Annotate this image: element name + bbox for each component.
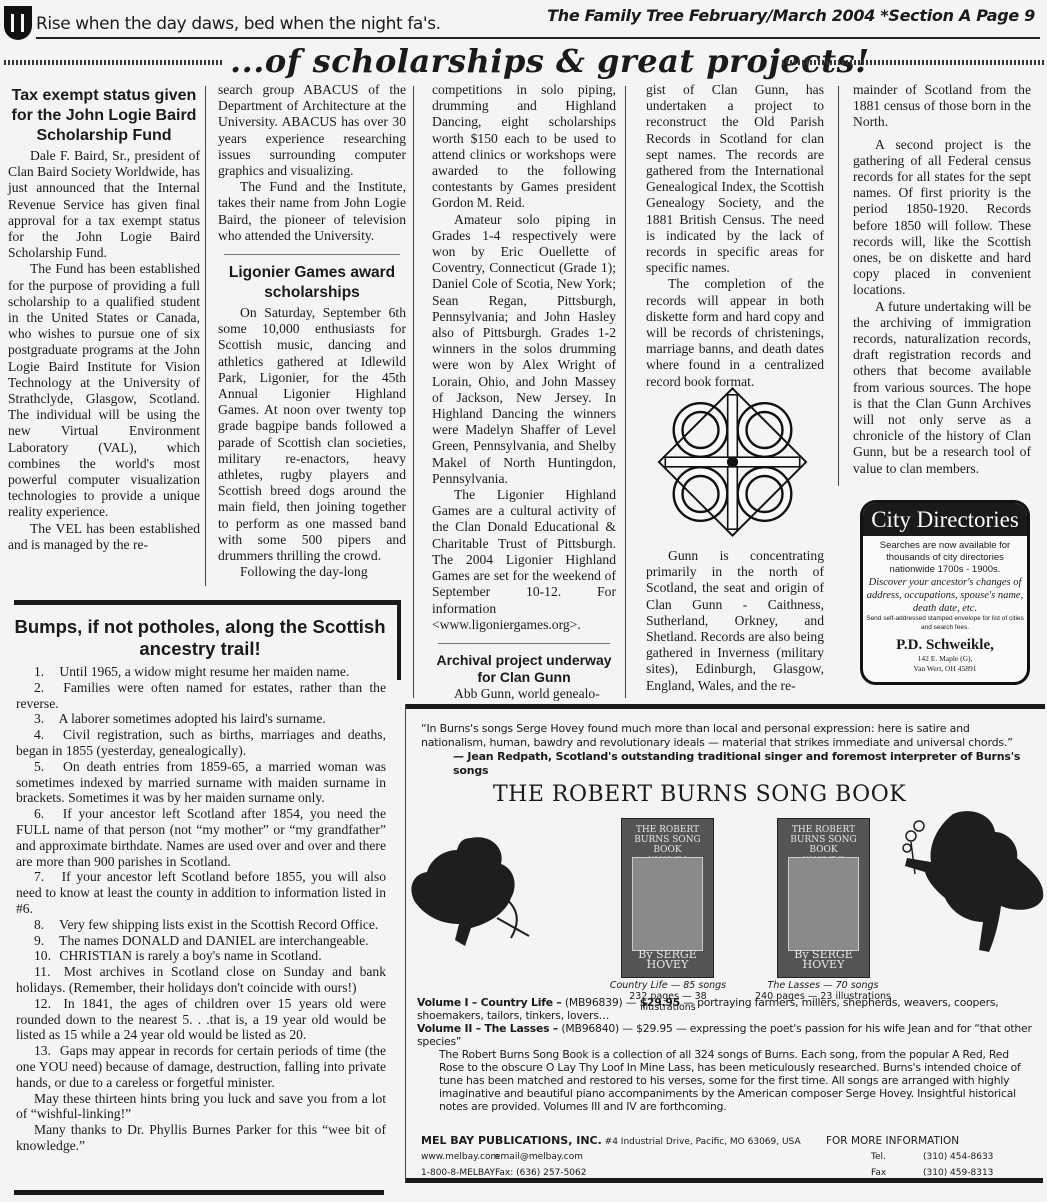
banner-title: ...of scholarships & great projects! — [230, 42, 870, 80]
paragraph: The Fund and the Institute, takes their … — [218, 179, 406, 244]
list-item: 6. If your ancestor left Scotland after … — [16, 806, 386, 869]
ad-text-small: Send self-addressed stamped envelope for… — [863, 615, 1027, 632]
ad-address: Van Wert, OH 45891 — [863, 664, 1027, 674]
volume-1-listing: Volume I – Country Life – (MB96839) — $2… — [417, 996, 1037, 1022]
ad-contact-name: P.D. Schweikle, — [863, 637, 1027, 654]
header-divider — [36, 37, 1040, 39]
tel-label: Tel. — [871, 1150, 886, 1164]
ad-text-italic: Discover your ancestor's changes of addr… — [863, 576, 1027, 615]
book-cover-volume-2: THE ROBERT BURNS SONG BOOK VOLUME II By … — [777, 818, 870, 978]
paragraph: Abb Gunn, world genealo- — [432, 686, 616, 702]
publisher-email: email@melbay.com — [495, 1150, 583, 1164]
paragraph: mainder of Scotland from the 1881 census… — [853, 82, 1031, 131]
portrait-jean-armour — [788, 857, 859, 951]
list-item: 8. Very few shipping lists exist in the … — [16, 917, 386, 933]
portrait-robert-burns — [632, 857, 703, 951]
headline-baird: Tax exempt status given for the John Log… — [8, 86, 200, 146]
paragraph: A future undertaking will be the archivi… — [853, 299, 1031, 477]
ad-book-title: THE ROBERT BURNS SONG BOOK — [493, 782, 906, 807]
paragraph: Amateur solo piping in Grades 1-4 respec… — [432, 212, 616, 487]
list-item: 4. Civil registration, such as births, m… — [16, 727, 386, 759]
paragraph: The VEL has been established and is mana… — [8, 521, 200, 553]
banner-zigzag-left — [4, 60, 224, 65]
header-motto: Rise when the day daws, bed when the nig… — [36, 14, 441, 34]
article-baird-continued: search group ABACUS of the Department of… — [218, 82, 406, 580]
list-item: 10. CHRISTIAN is rarely a boy's name in … — [16, 948, 386, 964]
ad-city-directories: City Directories Searches are now availa… — [860, 500, 1030, 685]
headline-bumps: Bumps, if not potholes, along the Scotti… — [0, 616, 400, 660]
article-bumps: Bumps, if not potholes, along the Scotti… — [0, 608, 400, 1190]
bumps-list: 1. Until 1965, a widow might resume her … — [0, 660, 400, 1154]
paragraph: search group ABACUS of the Department of… — [218, 82, 406, 179]
article-gunn-continued-3: mainder of Scotland from the 1881 census… — [853, 82, 1031, 477]
banner-zigzag-right — [782, 60, 1044, 65]
cherub-archer-icon — [401, 828, 531, 948]
publisher-name: MEL BAY PUBLICATIONS, INC. — [421, 1134, 602, 1147]
column-divider — [625, 86, 626, 698]
ad-title: City Directories — [863, 503, 1027, 536]
book-cover-volume-1: THE ROBERT BURNS SONG BOOK VOLUME I By S… — [621, 818, 714, 978]
paragraph: A second project is the gathering of all… — [853, 137, 1031, 299]
list-item: 3. A laborer sometimes adopted his laird… — [16, 711, 386, 727]
paragraph: On Saturday, September 6th some 10,000 e… — [218, 305, 406, 564]
column-divider — [413, 86, 414, 698]
box-rule-bottom — [14, 1190, 384, 1195]
ad-border-left — [405, 704, 406, 1182]
column-divider — [205, 86, 206, 586]
article-ligonier-continued: competitions in solo piping, drumming an… — [432, 82, 616, 702]
list-item: 9. The names DONALD and DANIEL are inter… — [16, 933, 386, 949]
ad-rule-bottom — [405, 1178, 1043, 1183]
header-publication: The Family Tree February/March 2004 *Sec… — [547, 6, 1035, 25]
ad-quote: “In Burns's songs Serge Hovey found much… — [421, 722, 1036, 778]
ad-address: 142 E. Maple (G), — [863, 654, 1027, 664]
article-gunn-continued-2: Gunn is concentrating primarily in the n… — [646, 548, 824, 694]
column-divider — [838, 86, 839, 486]
paragraph: competitions in solo piping, drumming an… — [432, 82, 616, 212]
section-banner: ...of scholarships & great projects! — [0, 42, 1047, 82]
ad-volume-list: Volume I – Country Life – (MB96839) — $2… — [417, 996, 1037, 1113]
article-separator — [438, 643, 610, 644]
box-rule-top — [14, 600, 399, 605]
ad-text: Searches are now available for thousands… — [863, 540, 1027, 576]
list-item: 12. In 1841, the ages of children over 1… — [16, 996, 386, 1043]
list-item: 1. Until 1965, a widow might resume her … — [16, 664, 386, 680]
volume-2-listing: Volume II – The Lasses – (MB96840) — $29… — [417, 1022, 1037, 1048]
ad-robert-burns-song-book: “In Burns's songs Serge Hovey found much… — [405, 708, 1045, 1194]
headline-ligonier: Ligonier Games award scholarships — [218, 263, 406, 303]
headline-gunn: Archival project underway for Clan Gunn — [432, 652, 616, 686]
closing-text: Many thanks to Dr. Phyllis Burnes Parker… — [16, 1122, 386, 1154]
list-item: 7. If your ancestor left Scotland before… — [16, 869, 386, 916]
paragraph: Gunn is concentrating primarily in the n… — [646, 548, 824, 694]
paragraph: The Ligonier Highland Games are a cultur… — [432, 487, 616, 633]
ad-attribution: — Jean Redpath, Scotland's outstanding t… — [421, 750, 1036, 778]
article-separator — [224, 254, 400, 255]
tel-number: (310) 454-8633 — [923, 1150, 993, 1164]
list-item: 11. Most archives in Scotland close on S… — [16, 964, 386, 996]
publisher-address: #4 Industrial Drive, Pacific, MO 63069, … — [605, 1137, 801, 1147]
publisher-website: www.melbay.com — [421, 1150, 499, 1164]
paragraph: The Fund has been established for the pu… — [8, 261, 200, 520]
celtic-knot-icon — [650, 382, 815, 542]
paragraph: Dale F. Baird, Sr., president of Clan Ba… — [8, 148, 200, 261]
article-baird: Tax exempt status given for the John Log… — [8, 86, 200, 553]
closing-text: May these thirteen hints bring you luck … — [16, 1091, 386, 1123]
paragraph: Following the day-long — [218, 564, 406, 580]
cherub-flowers-icon — [897, 802, 1047, 962]
list-item: 5. On death entries from 1859-65, a marr… — [16, 759, 386, 806]
paragraph: gist of Clan Gunn, has undertaken a proj… — [646, 82, 824, 276]
paragraph: The completion of the records will appea… — [646, 276, 824, 389]
thistle-shield-logo-icon — [4, 6, 32, 40]
list-item: 2. Families were often named for estates… — [16, 680, 386, 712]
more-info-label: FOR MORE INFORMATION — [826, 1134, 959, 1148]
ad-description: The Robert Burns Song Book is a collecti… — [417, 1048, 1037, 1113]
article-gunn-continued: gist of Clan Gunn, has undertaken a proj… — [646, 82, 824, 390]
list-item: 13. Gaps may appear in records for certa… — [16, 1043, 386, 1090]
